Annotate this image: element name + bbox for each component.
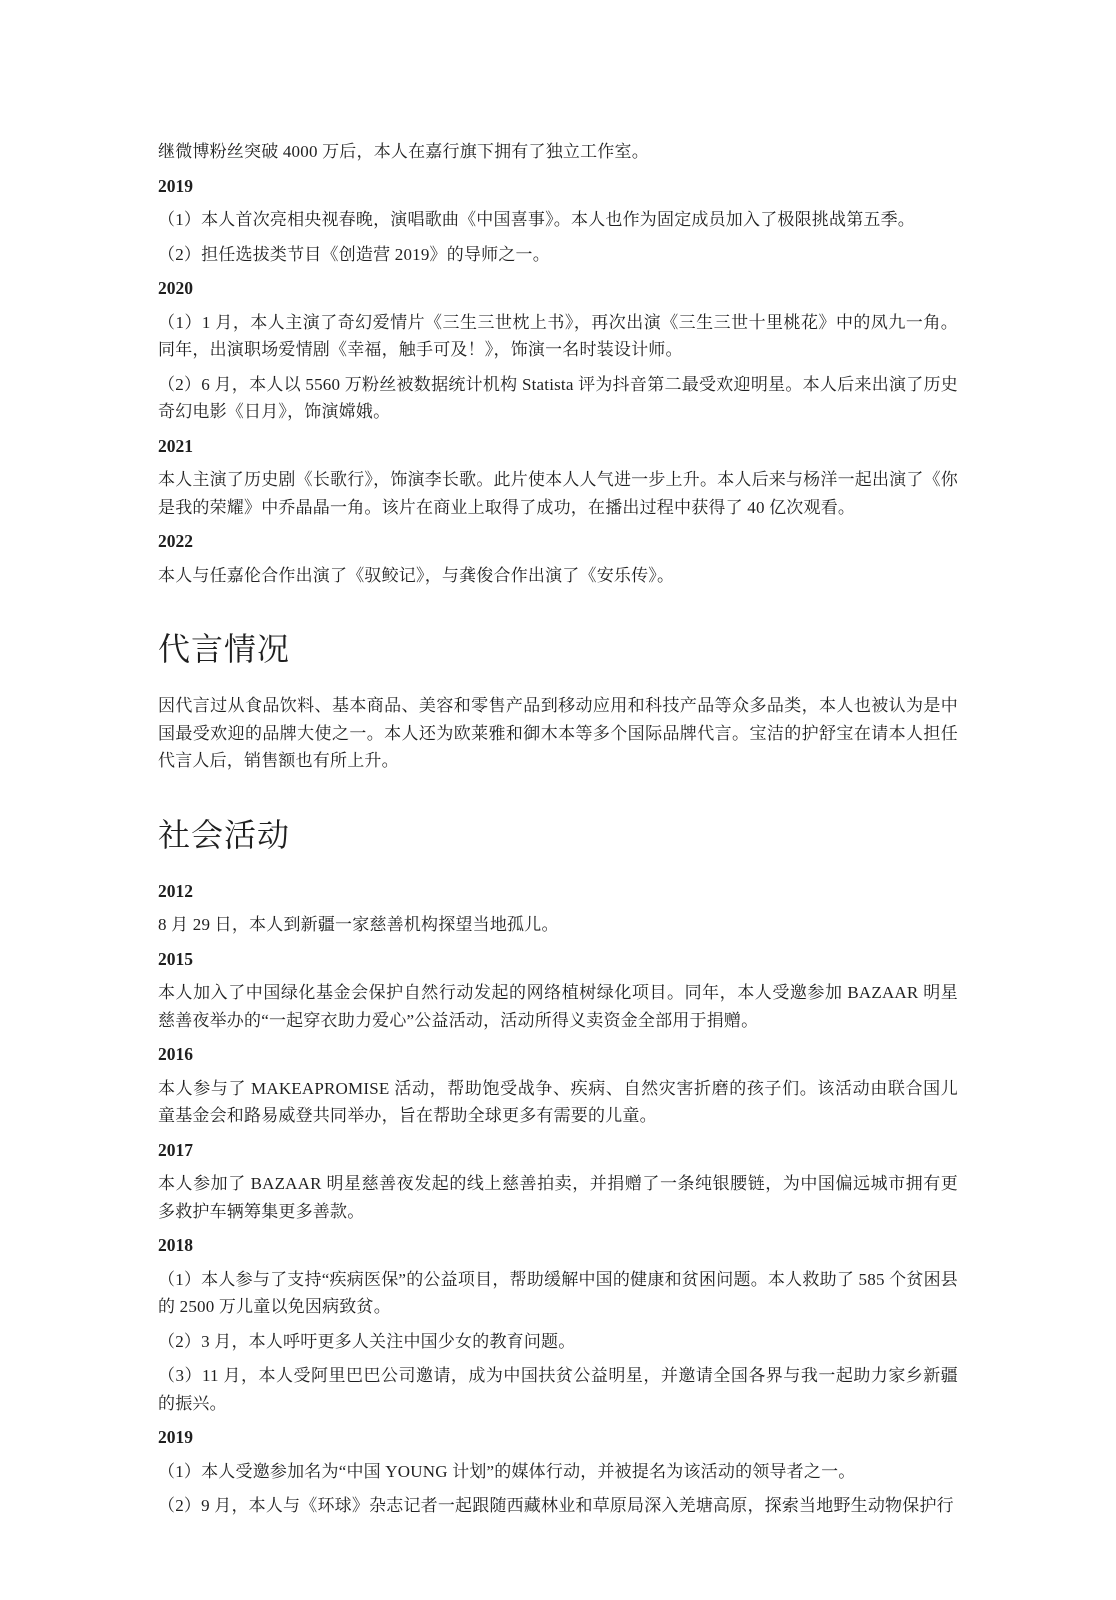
timeline-item: （3）11 月，本人受阿里巴巴公司邀请，成为中国扶贫公益明星，并邀请全国各界与我… <box>158 1362 958 1417</box>
year-label: 2019 <box>158 173 958 201</box>
career-timeline-section: 继微博粉丝突破 4000 万后，本人在嘉行旗下拥有了独立工作室。 2019（1）… <box>158 138 958 589</box>
timeline-item: （1）1 月，本人主演了奇幻爱情片《三生三世枕上书》，再次出演《三生三世十里桃花… <box>158 309 958 364</box>
year-label: 2016 <box>158 1041 958 1069</box>
timeline-item: 8 月 29 日，本人到新疆一家慈善机构探望当地孤儿。 <box>158 911 958 939</box>
timeline-top-entries: 2019（1）本人首次亮相央视春晚，演唱歌曲《中国喜事》。本人也作为固定成员加入… <box>158 173 958 590</box>
intro-paragraph: 继微博粉丝突破 4000 万后，本人在嘉行旗下拥有了独立工作室。 <box>158 138 958 166</box>
year-label: 2018 <box>158 1232 958 1260</box>
year-label: 2020 <box>158 275 958 303</box>
social-entries: 20128 月 29 日，本人到新疆一家慈善机构探望当地孤儿。2015本人加入了… <box>158 878 958 1520</box>
timeline-item: （2）担任选拔类节目《创造营 2019》的导师之一。 <box>158 241 958 269</box>
year-label: 2017 <box>158 1137 958 1165</box>
year-label: 2015 <box>158 946 958 974</box>
timeline-item: 本人主演了历史剧《长歌行》，饰演李长歌。此片使本人人气进一步上升。本人后来与杨洋… <box>158 466 958 521</box>
timeline-item: （2）9 月，本人与《环球》杂志记者一起跟随西藏林业和草原局深入羌塘高原，探索当… <box>158 1492 958 1520</box>
social-activities-section: 社会活动 20128 月 29 日，本人到新疆一家慈善机构探望当地孤儿。2015… <box>158 815 958 1520</box>
timeline-item: 本人加入了中国绿化基金会保护自然行动发起的网络植树绿化项目。同年，本人受邀参加 … <box>158 979 958 1034</box>
endorsements-section: 代言情况 因代言过从食品饮料、基本商品、美容和零售产品到移动应用和科技产品等众多… <box>158 629 958 775</box>
year-label: 2012 <box>158 878 958 906</box>
timeline-item: 本人参加了 BAZAAR 明星慈善夜发起的线上慈善拍卖，并捐赠了一条纯银腰链，为… <box>158 1170 958 1225</box>
timeline-item: （1）本人受邀参加名为“中国 YOUNG 计划”的媒体行动，并被提名为该活动的领… <box>158 1458 958 1486</box>
timeline-item: （1）本人参与了支持“疾病医保”的公益项目，帮助缓解中国的健康和贫困问题。本人救… <box>158 1266 958 1321</box>
timeline-item: 本人参与了 MAKEAPROMISE 活动，帮助饱受战争、疾病、自然灾害折磨的孩… <box>158 1075 958 1130</box>
year-label: 2022 <box>158 528 958 556</box>
timeline-item: （2）6 月，本人以 5560 万粉丝被数据统计机构 Statista 评为抖音… <box>158 371 958 426</box>
social-heading: 社会活动 <box>158 815 958 855</box>
timeline-item: （1）本人首次亮相央视春晚，演唱歌曲《中国喜事》。本人也作为固定成员加入了极限挑… <box>158 206 958 234</box>
year-label: 2021 <box>158 433 958 461</box>
document-page: 继微博粉丝突破 4000 万后，本人在嘉行旗下拥有了独立工作室。 2019（1）… <box>0 0 1116 1600</box>
timeline-item: （2）3 月，本人呼吁更多人关注中国少女的教育问题。 <box>158 1328 958 1356</box>
timeline-item: 本人与任嘉伦合作出演了《驭鲛记》，与龚俊合作出演了《安乐传》。 <box>158 562 958 590</box>
year-label: 2019 <box>158 1424 958 1452</box>
endorsements-heading: 代言情况 <box>158 629 958 669</box>
endorsements-paragraph: 因代言过从食品饮料、基本商品、美容和零售产品到移动应用和科技产品等众多品类，本人… <box>158 692 958 775</box>
